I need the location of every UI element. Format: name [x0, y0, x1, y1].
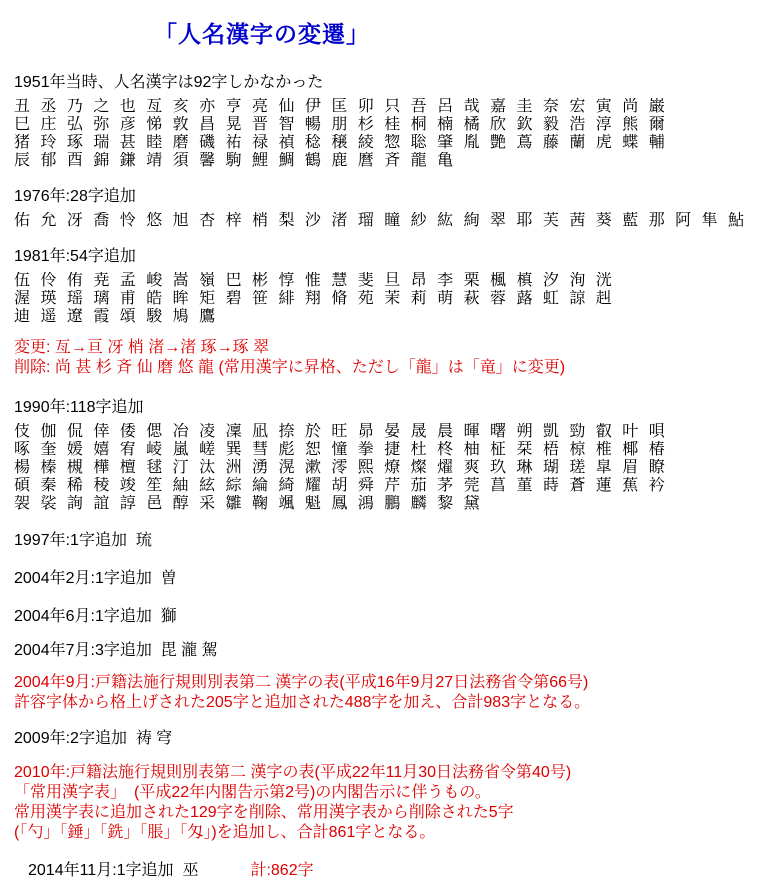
kanji-row: 巳 庄 弘 弥 彦 悌 敦 昌 晃 晋 智 暢 朋 杉 桂 桐 楠 橘 欣 欽 …	[14, 116, 759, 134]
section-2014-line: 2014年11月:1字追加 巫計:862字	[28, 861, 759, 881]
section-2014-text: 2014年11月:1字追加 巫	[28, 862, 198, 879]
section-2009: 2009年:2字追加 祷 穹	[14, 729, 759, 749]
section-2010-line3: 常用漢字表に追加された129字を削除、常用漢字表から削除された5字	[14, 803, 759, 823]
section-2004-feb: 2004年2月:1字追加 曽	[14, 569, 759, 589]
section-2010-line2: 「常用漢字表」 (平成22年内閣告示第2号)の内閣告示に伴うもの。	[14, 783, 759, 803]
section-change-delete-notes: 変更: 亙→亘 冴 梢 渚→渚 琢→琢 翠 削除: 尚 甚 杉 斉 仙 磨 悠 …	[14, 338, 759, 378]
kanji-list-1981: 伍 伶 侑 尭 孟 峻 嵩 嶺 巴 彬 惇 惟 慧 斐 旦 昂 李 栗 楓 槙 …	[14, 272, 759, 326]
section-2004-jun-line: 2004年6月:1字追加 獅	[14, 607, 759, 627]
section-2010-line1: 2010年:戸籍法施行規則別表第二 漢字の表(平成22年11月30日法務省令第4…	[14, 763, 759, 783]
section-2004-feb-line: 2004年2月:1字追加 曽	[14, 569, 759, 589]
section-1997-line: 1997年:1字追加 琉	[14, 531, 759, 551]
kanji-row: 碩 秦 稀 稜 竣 笙 紬 絃 綜 綸 綺 耀 胡 舜 芹 茄 茅 莞 菖 菫 …	[14, 477, 759, 495]
section-2004-sep-line1: 2004年9月:戸籍法施行規則別表第二 漢字の表(平成16年9月27日法務省令第…	[14, 673, 759, 693]
section-1951: 1951年当時、人名漢字は92字しかなかった 丑 丞 乃 之 也 亙 亥 亦 亨…	[14, 73, 759, 170]
section-1981: 1981年:54字追加 伍 伶 侑 尭 孟 峻 嵩 嶺 巴 彬 惇 惟 慧 斐 …	[14, 247, 759, 326]
kanji-list-1951: 丑 丞 乃 之 也 亙 亥 亦 亨 亮 仙 伊 匡 卯 只 吾 呂 哉 嘉 圭 …	[14, 98, 759, 170]
kanji-row: 辰 郁 酉 錦 鎌 靖 須 馨 駒 鯉 鯛 鶴 鹿 麿 斉 龍 亀	[14, 152, 759, 170]
kanji-row: 袈 裟 詢 誼 諄 邑 醇 采 雛 鞠 颯 魁 鳳 鴻 鵬 麟 黎 黛	[14, 495, 759, 513]
section-1976-heading: 1976年:28字追加	[14, 187, 759, 207]
document-page: 「人名漢字の変遷」 1951年当時、人名漢字は92字しかなかった 丑 丞 乃 之…	[0, 0, 765, 881]
section-2004-jun: 2004年6月:1字追加 獅	[14, 607, 759, 627]
section-1990: 1990年:118字追加 伎 伽 侃 倖 倭 偲 冶 凌 凜 凪 捺 於 旺 昴…	[14, 398, 759, 513]
kanji-row: 伎 伽 侃 倖 倭 偲 冶 凌 凜 凪 捺 於 旺 昴 晏 晟 晨 暉 曙 朔 …	[14, 423, 759, 441]
section-1976: 1976年:28字追加 佑 允 冴 喬 怜 悠 旭 杏 梓 梢 梨 沙 渚 瑠 …	[14, 187, 759, 230]
kanji-list-1990: 伎 伽 侃 倖 倭 偲 冶 凌 凜 凪 捺 於 旺 昴 晏 晟 晨 暉 曙 朔 …	[14, 423, 759, 513]
kanji-row: 伍 伶 侑 尭 孟 峻 嵩 嶺 巴 彬 惇 惟 慧 斐 旦 昂 李 栗 楓 槙 …	[14, 272, 759, 290]
kanji-row: 楊 榛 槻 樺 檀 毬 汀 汰 洲 湧 滉 漱 澪 熙 燎 燦 燿 爽 玖 琳 …	[14, 459, 759, 477]
page-title: 「人名漢字の変遷」	[154, 16, 759, 49]
section-2009-line: 2009年:2字追加 祷 穹	[14, 729, 759, 749]
total-count-label: 計:862字	[250, 862, 313, 879]
section-2004-sep-line2: 許容字体から格上げされた205字と追加された488字を加え、合計983字となる。	[14, 693, 759, 713]
section-2014: 2014年11月:1字追加 巫計:862字	[14, 861, 759, 881]
section-2010-line4: (「勺」「錘」「銑」「脹」「匁」)を追加し、合計861字となる。	[14, 823, 759, 843]
section-1951-heading: 1951年当時、人名漢字は92字しかなかった	[14, 73, 759, 93]
section-2010: 2010年:戸籍法施行規則別表第二 漢字の表(平成22年11月30日法務省令第4…	[14, 763, 759, 843]
kanji-row: 迪 遥 遼 霞 頌 駿 鳩 鷹	[14, 308, 759, 326]
kanji-list-1976: 佑 允 冴 喬 怜 悠 旭 杏 梓 梢 梨 沙 渚 瑠 瞳 紗 紘 絢 翠 耶 …	[14, 212, 759, 230]
section-2004-jul-line: 2004年7月:3字追加 毘 瀧 駕	[14, 641, 759, 661]
kanji-row: 啄 奎 媛 嬉 宥 崚 嵐 嵯 巽 彗 彪 恕 憧 拳 捷 杜 柊 柚 柾 栞 …	[14, 441, 759, 459]
section-1997: 1997年:1字追加 琉	[14, 531, 759, 551]
section-2004-sep: 2004年9月:戸籍法施行規則別表第二 漢字の表(平成16年9月27日法務省令第…	[14, 673, 759, 713]
kanji-row: 佑 允 冴 喬 怜 悠 旭 杏 梓 梢 梨 沙 渚 瑠 瞳 紗 紘 絢 翠 耶 …	[14, 212, 759, 230]
section-1981-heading: 1981年:54字追加	[14, 247, 759, 267]
kanji-row: 丑 丞 乃 之 也 亙 亥 亦 亨 亮 仙 伊 匡 卯 只 吾 呂 哉 嘉 圭 …	[14, 98, 759, 116]
kanji-row: 渥 瑛 瑶 璃 甫 皓 眸 矩 碧 笹 緋 翔 脩 苑 茉 莉 萌 萩 蓉 蕗 …	[14, 290, 759, 308]
kanji-row: 猪 玲 琢 瑞 甚 睦 磨 磯 祐 禄 禎 稔 穣 綾 惣 聡 肇 胤 艶 蔦 …	[14, 134, 759, 152]
delete-note: 削除: 尚 甚 杉 斉 仙 磨 悠 龍 (常用漢字に昇格、ただし「龍」は「竜」に…	[14, 358, 759, 378]
section-2004-jul: 2004年7月:3字追加 毘 瀧 駕	[14, 641, 759, 661]
section-1990-heading: 1990年:118字追加	[14, 398, 759, 418]
change-note: 変更: 亙→亘 冴 梢 渚→渚 琢→琢 翠	[14, 338, 759, 358]
